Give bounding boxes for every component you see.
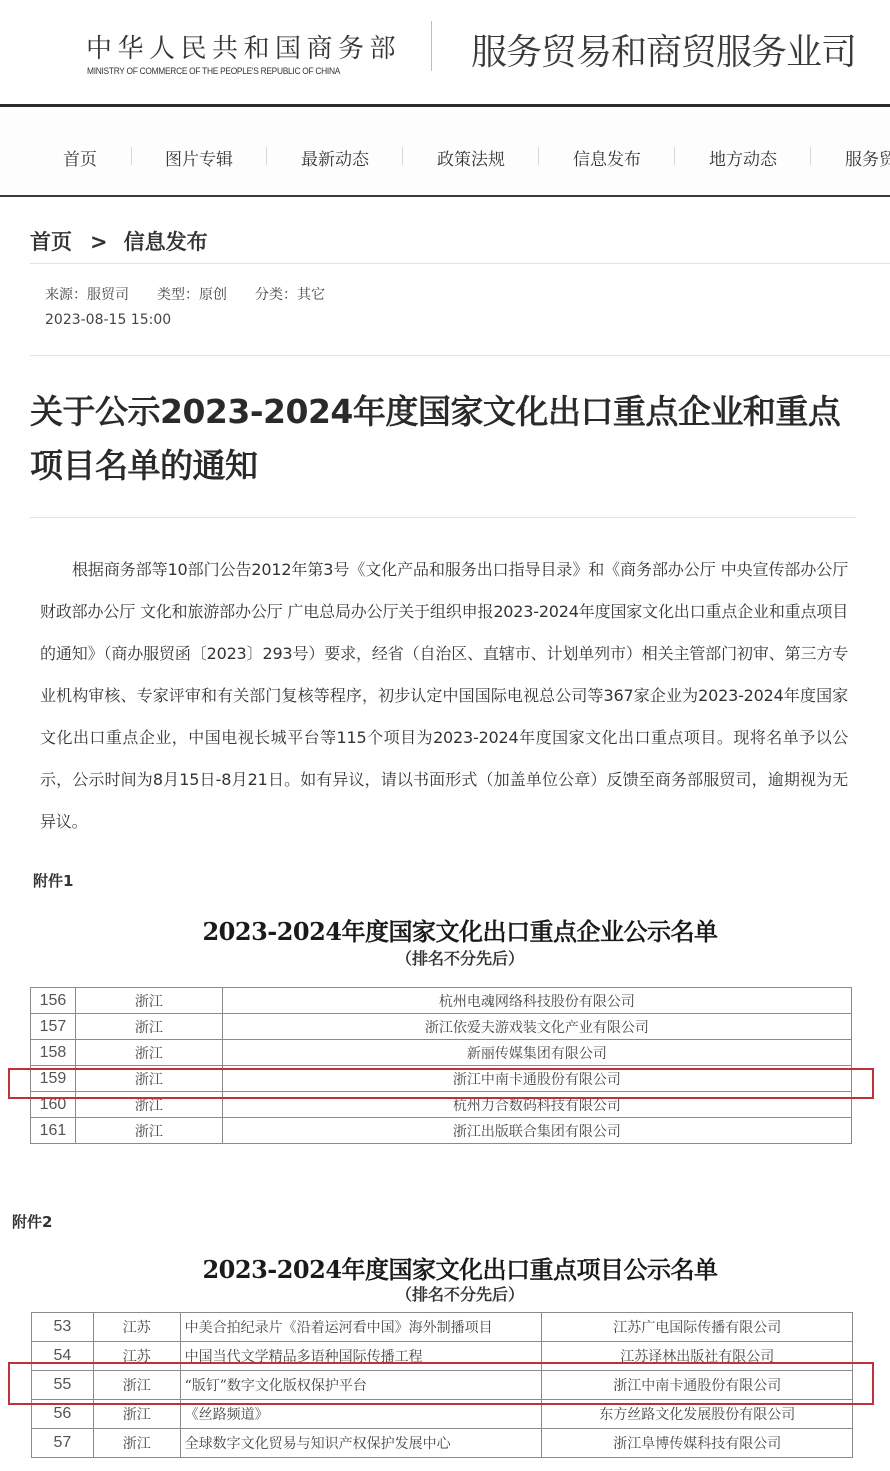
row-company: 杭州力合数码科技有限公司 [222, 1092, 851, 1118]
row-company: 新丽传媒集团有限公司 [222, 1040, 851, 1066]
breadcrumb: 首页>信息发布 [30, 226, 208, 256]
row-number: 55 [32, 1371, 94, 1400]
row-company: 浙江中南卡通股份有限公司 [222, 1066, 851, 1092]
attachment-2-label: 附件2 [12, 1211, 52, 1232]
row-province: 浙江 [75, 1118, 222, 1144]
row-project: 中国当代文学精品多语种国际传播工程 [180, 1342, 542, 1371]
row-province: 浙江 [75, 1066, 222, 1092]
row-number: 157 [31, 1014, 76, 1040]
row-number: 158 [31, 1040, 76, 1066]
row-project: 《丝路频道》 [180, 1400, 542, 1429]
ministry-logo-en[interactable]: MINISTRY OF COMMERCE OF THE PEOPLE'S REP… [87, 66, 340, 76]
attachment-1-label: 附件1 [33, 870, 73, 891]
row-number: 53 [32, 1313, 94, 1342]
attachment-1-title: 2023-2024年度国家文化出口重点企业公示名单 [0, 912, 890, 947]
row-number: 156 [31, 988, 76, 1014]
breadcrumb-separator: > [90, 230, 108, 254]
table-row: 156 浙江 杭州电魂网络科技股份有限公司 [31, 988, 852, 1014]
row-number: 160 [31, 1092, 76, 1118]
row-province: 江苏 [93, 1313, 180, 1342]
row-company: 浙江中南卡通股份有限公司 [542, 1371, 853, 1400]
breadcrumb-rule [30, 263, 890, 264]
nav-separator [674, 147, 675, 165]
nav-separator [402, 147, 403, 165]
row-project: 中美合拍纪录片《沿着运河看中国》海外制播项目 [180, 1313, 542, 1342]
table-row: 57 浙江 全球数字文化贸易与知识产权保护发展中心 浙江阜博传媒科技有限公司 [32, 1429, 853, 1458]
row-province: 浙江 [93, 1400, 180, 1429]
table-row-highlighted: 55 浙江 “版钉”数字文化版权保护平台 浙江中南卡通股份有限公司 [32, 1371, 853, 1400]
row-project: “版钉”数字文化版权保护平台 [180, 1371, 542, 1400]
nav-rule [0, 195, 890, 197]
meta-source: 来源：服贸司 [45, 287, 129, 303]
row-company: 江苏广电国际传播有限公司 [542, 1313, 853, 1342]
row-number: 57 [32, 1429, 94, 1458]
row-company: 浙江依爱夫游戏装文化产业有限公司 [222, 1014, 851, 1040]
row-province: 浙江 [75, 1092, 222, 1118]
breadcrumb-current[interactable]: 信息发布 [124, 230, 208, 254]
meta-datetime: 2023-08-15 15:00 [45, 312, 171, 328]
breadcrumb-home[interactable]: 首页 [30, 230, 72, 254]
nav-item-photo-albums[interactable]: 图片专辑 [165, 145, 233, 170]
nav-separator [538, 147, 539, 165]
row-province: 浙江 [93, 1371, 180, 1400]
row-project: 全球数字文化贸易与知识产权保护发展中心 [180, 1429, 542, 1458]
row-number: 54 [32, 1342, 94, 1371]
header-divider [431, 21, 432, 71]
attachment-1-subtitle: （排名不分先后） [0, 946, 890, 969]
row-number: 161 [31, 1118, 76, 1144]
table-row: 160 浙江 杭州力合数码科技有限公司 [31, 1092, 852, 1118]
row-company: 浙江出版联合集团有限公司 [222, 1118, 851, 1144]
attachment-2-title: 2023-2024年度国家文化出口重点项目公示名单 [0, 1250, 890, 1285]
department-title[interactable]: 服务贸易和商贸服务业司 [471, 24, 856, 75]
title-rule [30, 517, 856, 518]
article-body: 根据商务部等10部门公告2012年第3号《文化产品和服务出口指导目录》和《商务部… [40, 549, 848, 843]
nav-item-latest-news[interactable]: 最新动态 [301, 145, 369, 170]
nav-separator [131, 147, 132, 165]
project-list-table: 53 江苏 中美合拍纪录片《沿着运河看中国》海外制播项目 江苏广电国际传播有限公… [31, 1312, 853, 1458]
nav-separator [266, 147, 267, 165]
enterprise-list-table: 156 浙江 杭州电魂网络科技股份有限公司 157 浙江 浙江依爱夫游戏装文化产… [30, 987, 852, 1144]
nav-item-announcements[interactable]: 信息发布 [573, 145, 641, 170]
table-row: 56 浙江 《丝路频道》 东方丝路文化发展股份有限公司 [32, 1400, 853, 1429]
meta-type: 类型：原创 [157, 287, 227, 303]
table-row: 161 浙江 浙江出版联合集团有限公司 [31, 1118, 852, 1144]
row-province: 浙江 [75, 1040, 222, 1066]
meta-category: 分类：其它 [255, 287, 325, 303]
row-company: 杭州电魂网络科技股份有限公司 [222, 988, 851, 1014]
nav-separator [810, 147, 811, 165]
nav-item-service-trade[interactable]: 服务贸 [845, 145, 890, 170]
table-row: 158 浙江 新丽传媒集团有限公司 [31, 1040, 852, 1066]
table-row: 157 浙江 浙江依爱夫游戏装文化产业有限公司 [31, 1014, 852, 1040]
article-meta: 来源：服贸司类型：原创分类：其它 [45, 284, 353, 304]
row-number: 159 [31, 1066, 76, 1092]
main-nav: 首页 图片专辑 最新动态 政策法规 信息发布 地方动态 服务贸 [0, 107, 890, 195]
row-province: 江苏 [93, 1342, 180, 1371]
attachment-2-subtitle: （排名不分先后） [0, 1282, 890, 1305]
row-company: 东方丝路文化发展股份有限公司 [542, 1400, 853, 1429]
row-number: 56 [32, 1400, 94, 1429]
row-company: 浙江阜博传媒科技有限公司 [542, 1429, 853, 1458]
meta-rule [30, 355, 890, 356]
table-row: 54 江苏 中国当代文学精品多语种国际传播工程 江苏译林出版社有限公司 [32, 1342, 853, 1371]
nav-item-local-news[interactable]: 地方动态 [709, 145, 777, 170]
ministry-logo-cn[interactable]: 中华人民共和国商务部 [86, 28, 401, 65]
site-header: 中华人民共和国商务部 MINISTRY OF COMMERCE OF THE P… [0, 0, 890, 105]
row-province: 浙江 [75, 988, 222, 1014]
row-province: 浙江 [93, 1429, 180, 1458]
table-row-highlighted: 159 浙江 浙江中南卡通股份有限公司 [31, 1066, 852, 1092]
row-company: 江苏译林出版社有限公司 [542, 1342, 853, 1371]
nav-item-policies[interactable]: 政策法规 [437, 145, 505, 170]
table-row: 53 江苏 中美合拍纪录片《沿着运河看中国》海外制播项目 江苏广电国际传播有限公… [32, 1313, 853, 1342]
nav-item-home[interactable]: 首页 [63, 145, 97, 170]
article-title: 关于公示2023-2024年度国家文化出口重点企业和重点项目名单的通知 [30, 385, 860, 493]
row-province: 浙江 [75, 1014, 222, 1040]
